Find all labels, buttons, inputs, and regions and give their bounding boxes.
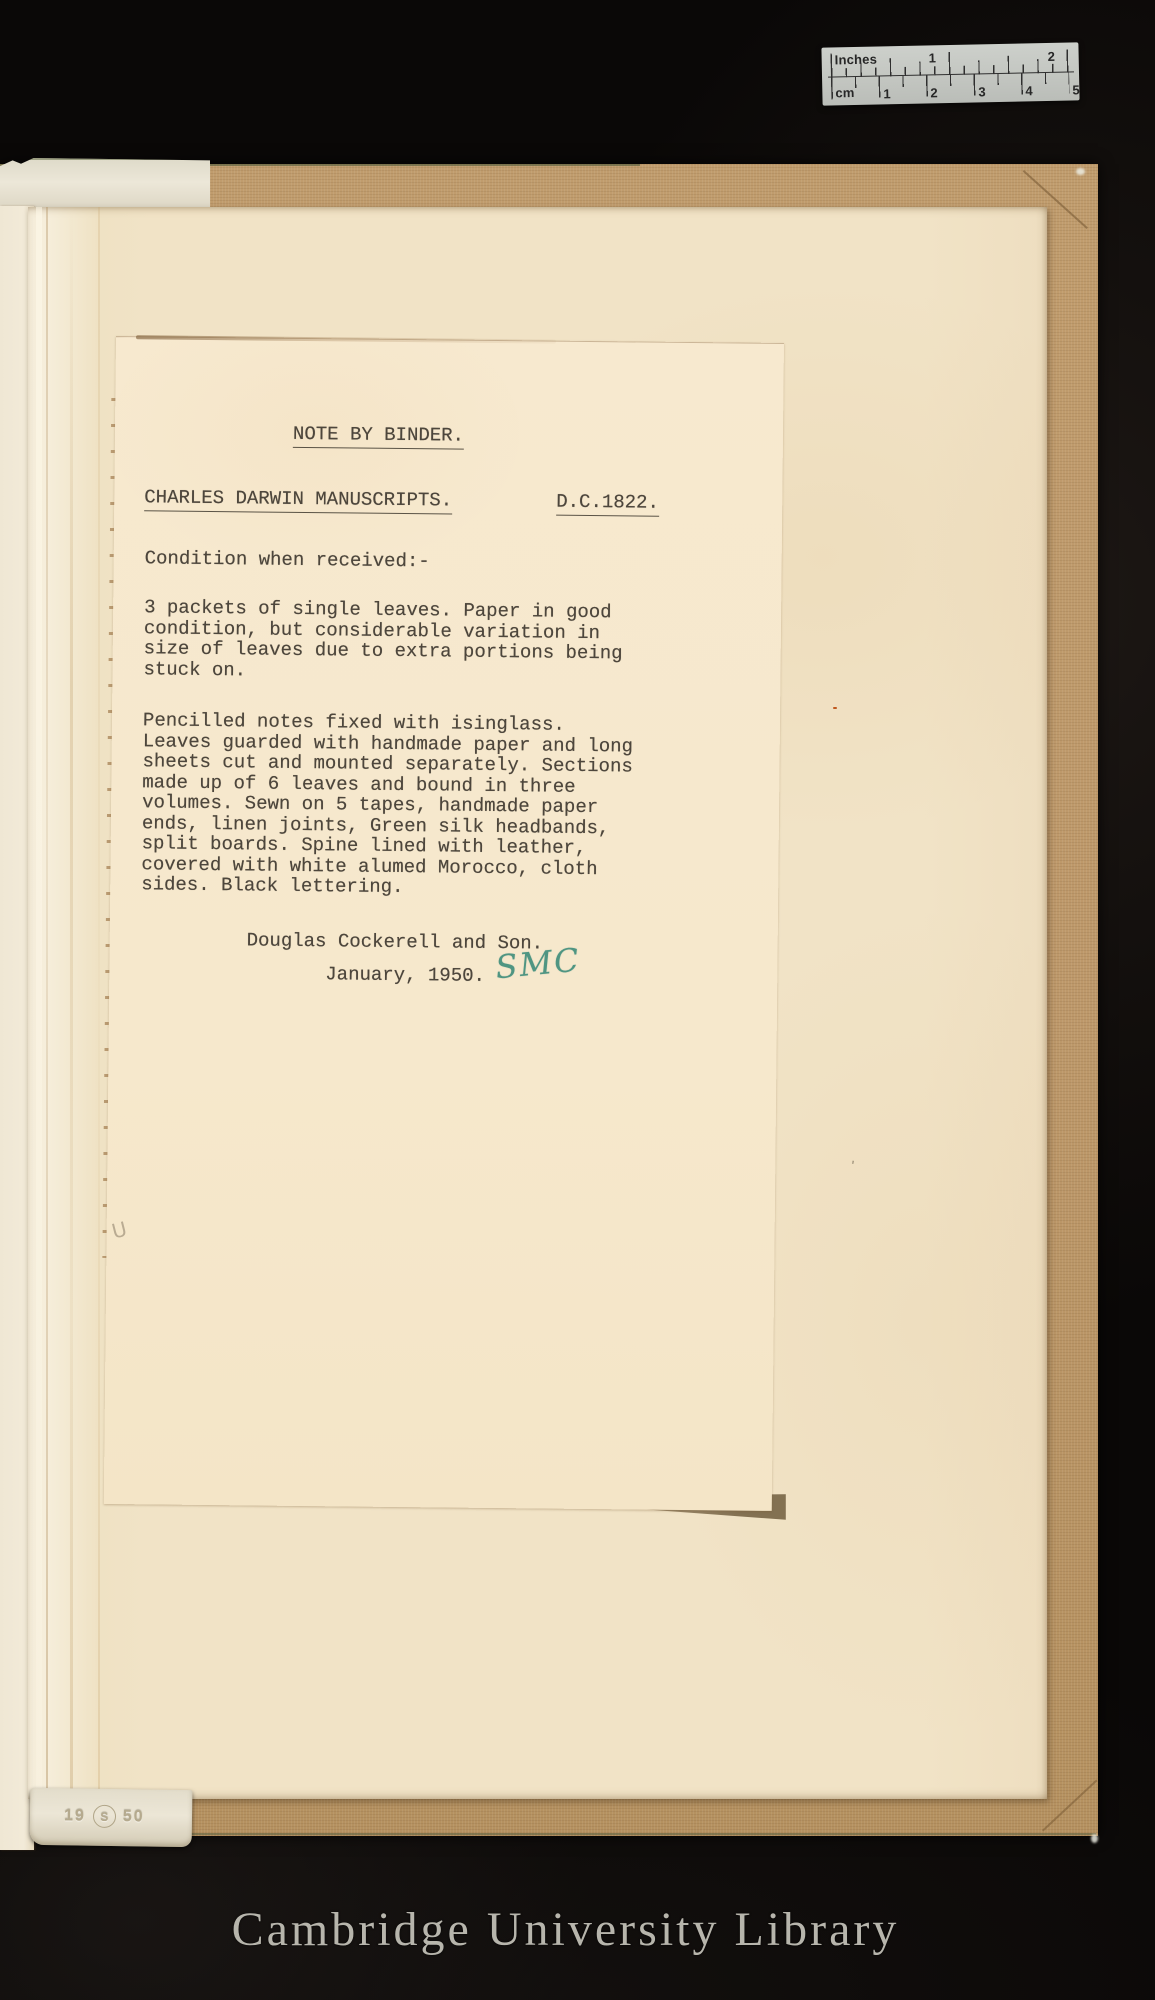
photograph-of-bound-volume: Inches 1 2 cm 1 2 3 4 5 19 S 50 — [0, 0, 1155, 2000]
white-leather-spine-bottom: 19 S 50 — [30, 1788, 193, 1847]
stamp-year-left: 19 — [64, 1807, 86, 1825]
dust-fluff — [1076, 168, 1085, 175]
measurement-ruler: Inches 1 2 cm 1 2 3 4 5 — [821, 42, 1079, 105]
note-reference-number: D.C.1822. — [556, 492, 659, 514]
paper-speck — [833, 707, 837, 709]
note-paragraph-treatment: Pencilled notes fixed with isinglass. Le… — [141, 710, 633, 900]
ruler-cm-number: 2 — [930, 85, 938, 100]
dust-fluff — [1091, 1834, 1098, 1843]
binder-date-stamp: 19 S 50 — [64, 1804, 145, 1828]
stamp-year-right: 50 — [123, 1808, 145, 1826]
ruler-cm-ticks — [831, 73, 1069, 99]
library-caption: Cambridge University Library — [0, 1902, 1131, 1957]
binder-note-paper: NOTE BY BINDER. CHARLES DARWIN MANUSCRIP… — [104, 336, 784, 1511]
ruler-cm-number: 4 — [1025, 83, 1033, 98]
note-date: January, 1950. — [325, 964, 485, 986]
ruler-cm-number: 5 — [1072, 82, 1080, 97]
ruler-cm-number: 1 — [883, 86, 891, 101]
note-title: CHARLES DARWIN MANUSCRIPTS. — [144, 487, 452, 511]
ruler-cm-label: cm — [835, 85, 855, 100]
note-condition-label: Condition when received:- — [145, 548, 430, 571]
headband-green-edge-bottom — [180, 1833, 1096, 1835]
note-paragraph-condition: 3 packets of single leaves. Paper in goo… — [143, 597, 623, 684]
handwritten-initials: SMC — [494, 941, 582, 987]
binder-monogram: S — [93, 1805, 116, 1828]
ruler-cm-number: 3 — [978, 84, 986, 99]
note-heading: NOTE BY BINDER. — [293, 424, 464, 446]
